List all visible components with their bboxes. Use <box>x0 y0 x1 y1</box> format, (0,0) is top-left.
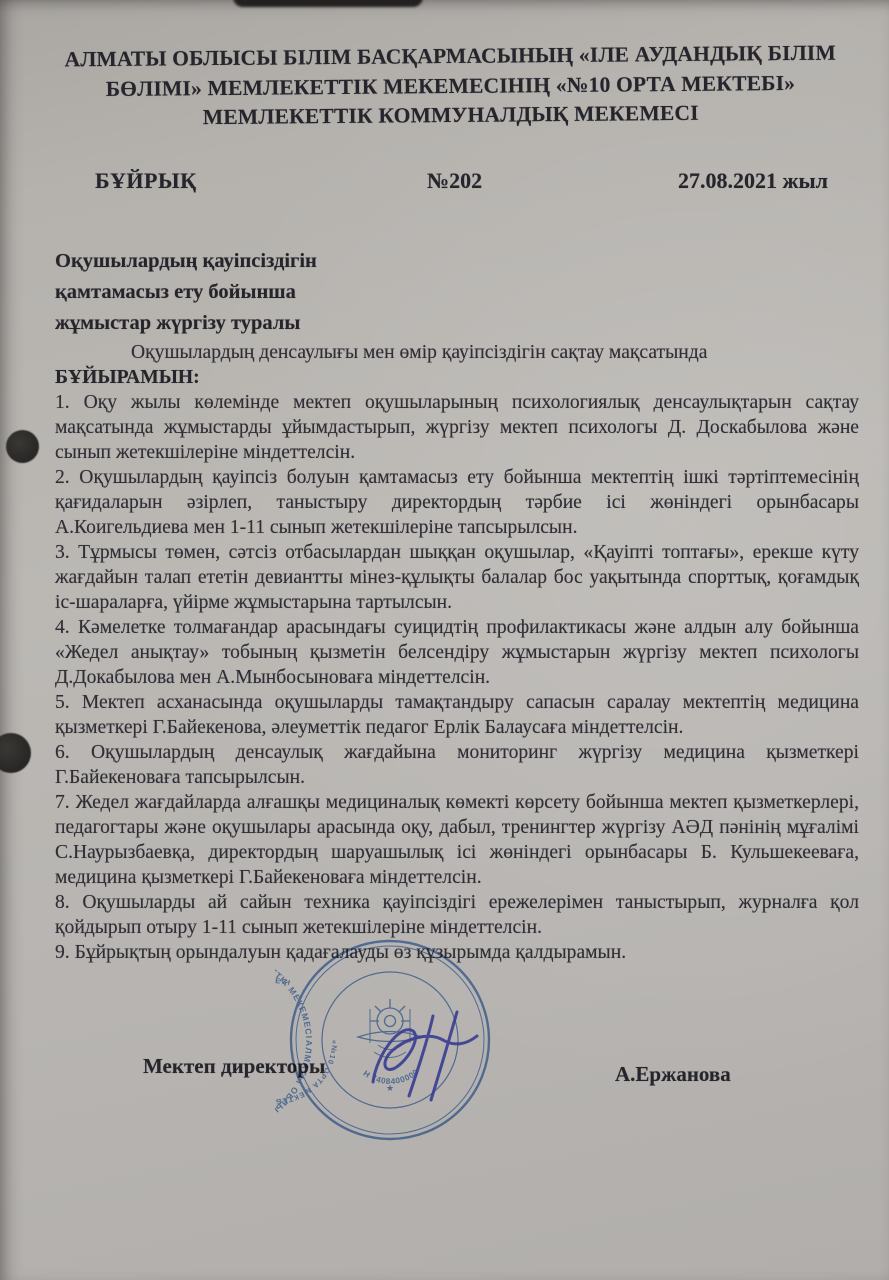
order-subject: Оқушылардың қауіпсіздігінқамтамасыз ету … <box>55 246 317 339</box>
binder-edge-shadow <box>233 0 423 7</box>
order-item: 7. Жедел жағдайларда алғашқы медициналық… <box>55 790 859 890</box>
scanned-order-document: АЛМАТЫ ОБЛЫСЫ БІЛІМ БАСҚАРМАСЫНЫҢ «ІЛЕ А… <box>0 0 889 1280</box>
order-item: 2. Оқушылардың қауіпсіз болуын қамтамасы… <box>55 465 859 540</box>
order-number: №202 <box>427 168 482 194</box>
director-signature-ink <box>345 1000 545 1125</box>
resolve-word: БҰЙЫРАМЫН: <box>55 365 859 390</box>
order-label: БҰЙРЫҚ <box>95 168 197 194</box>
order-body: Оқушылардың денсаулығы мен өмір қауіпсіз… <box>55 340 859 965</box>
subject-line: қамтамасыз ету бойынша <box>55 277 317 308</box>
order-date: 27.08.2021 жыл <box>678 168 828 194</box>
punch-hole <box>6 430 39 463</box>
subject-line: жұмыстар жүргізу туралы <box>55 308 317 339</box>
order-item: 3. Тұрмысы төмен, сәтсіз отбасылардан шы… <box>55 540 859 615</box>
order-items: 1. Оқу жылы көлемінде мектеп оқушыларыны… <box>55 390 859 965</box>
order-item: 6. Оқушылардың денсаулық жағдайына монит… <box>55 740 859 790</box>
preamble: Оқушылардың денсаулығы мен өмір қауіпсіз… <box>55 340 859 365</box>
institution-header: АЛМАТЫ ОБЛЫСЫ БІЛІМ БАСҚАРМАСЫНЫҢ «ІЛЕ А… <box>58 39 844 134</box>
order-item: 1. Оқу жылы көлемінде мектеп оқушыларыны… <box>55 390 859 465</box>
punch-hole <box>0 733 31 773</box>
order-item: 5. Мектеп асханасында оқушыларды тамақта… <box>55 690 859 740</box>
order-title-row: БҰЙРЫҚ №202 27.08.2021 жыл <box>0 168 889 198</box>
subject-line: Оқушылардың қауіпсіздігін <box>55 246 317 277</box>
order-item: 4. Кәмелетке толмағандар арасындағы суиц… <box>55 615 859 690</box>
signatory-name: А.Ержанова <box>615 1062 731 1087</box>
